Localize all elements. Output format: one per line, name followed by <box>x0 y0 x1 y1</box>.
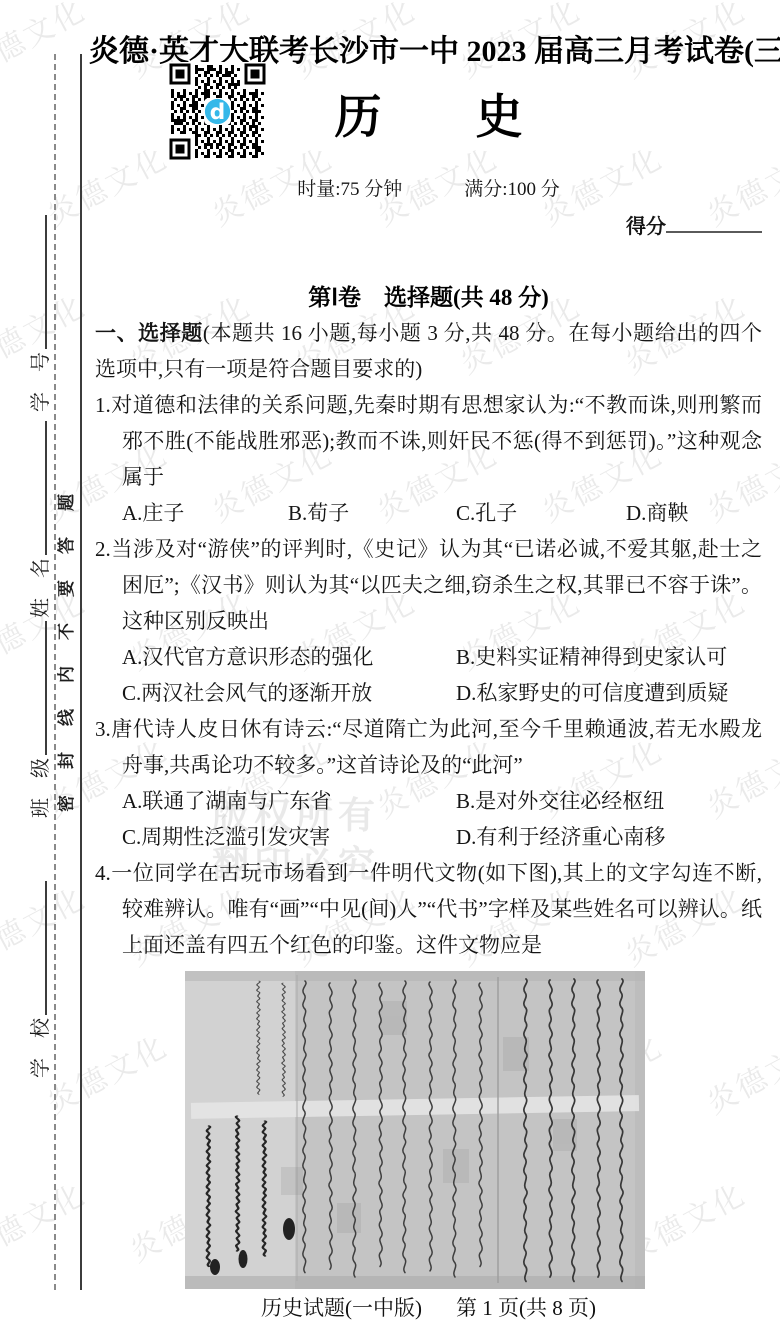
question-4-text: 一位同学在古玩市场看到一件明代文物(如下图),其上的文字勾连不断,较难辨认。唯有… <box>111 861 762 957</box>
school-label: 学 校 <box>30 1018 52 1078</box>
student-id-blank <box>40 215 47 349</box>
brand-watermark: 炎德文化 <box>0 1170 93 1271</box>
option-3A: A.联通了湖南与广东省 <box>122 783 456 819</box>
question-4-number: 4. <box>95 861 111 885</box>
question-4: 4.一位同学在古玩市场看到一件明代文物(如下图),其上的文字勾连不断,较难辨认。… <box>95 855 762 963</box>
student-name-label: 姓 名 <box>30 558 52 618</box>
content-area: 炎德·英才大联考长沙市一中 2023 届高三月考试卷(三) <box>95 0 762 1344</box>
exam-meta-row: 时量:75 分钟 满分:100 分 <box>95 174 762 201</box>
option-1A: A.庄子 <box>122 495 288 531</box>
class-label: 班 级 <box>30 758 52 818</box>
class-field: 班 级 <box>30 621 52 818</box>
option-1B: B.荀子 <box>288 495 456 531</box>
option-3D: D.有利于经济重心南移 <box>456 819 762 855</box>
question-1-number: 1. <box>95 393 111 417</box>
question-body: 一、选择题(本题共 16 小题,每小题 3 分,共 48 分。在每小题给出的四个… <box>95 315 762 1289</box>
school-blank <box>40 881 47 1015</box>
student-id-label: 学 号 <box>30 352 52 412</box>
student-id-field: 学 号 <box>30 215 52 412</box>
footer-paper-name: 历史试题(一中版) <box>261 1292 422 1322</box>
question-3-text: 唐代诗人皮日休有诗云:“尽道隋亡为此河,至今千里赖通波,若无水殿龙舟事,共禹论功… <box>111 717 762 777</box>
seal-dashed-line <box>54 54 56 1290</box>
question-1: 1.对道德和法律的关系问题,先秦时期有思想家认为:“不教而诛,则刑繁而邪不胜(不… <box>95 387 762 531</box>
option-2A: A.汉代官方意识形态的强化 <box>122 639 456 675</box>
exam-paper-page: 炎德文化炎德文化炎德文化炎德文化炎德文化炎德文化炎德文化炎德文化炎德文化炎德文化… <box>0 0 780 1344</box>
question-2-stem: 2.当涉及对“游侠”的评判时,《史记》认为其“已诺必诚,不爱其躯,赴士之困厄”;… <box>95 531 762 639</box>
page-footer: 历史试题(一中版) 第 1 页(共 8 页) <box>95 1292 762 1322</box>
question-2-number: 2. <box>95 537 111 561</box>
instructions-lead: 一、选择题 <box>95 321 203 345</box>
student-name-blank <box>40 421 47 555</box>
artifact-photo-image <box>185 971 645 1289</box>
score-label: 得分 <box>626 216 666 238</box>
brand-watermark: 炎德文化 <box>0 0 93 86</box>
footer-page-indicator: 第 1 页(共 8 页) <box>456 1292 596 1322</box>
class-blank <box>40 621 47 755</box>
option-2C: C.两汉社会风气的逐渐开放 <box>122 675 456 711</box>
question-2-options: A.汉代官方意识形态的强化 B.史料实证精神得到史家认可 C.两汉社会风气的逐渐… <box>95 639 762 711</box>
option-3C: C.周期性泛滥引发灾害 <box>122 819 456 855</box>
student-name-field: 姓 名 <box>30 421 52 618</box>
question-1-options: A.庄子 B.荀子 C.孔子 D.商鞅 <box>95 495 762 531</box>
section-instructions: 一、选择题(本题共 16 小题,每小题 3 分,共 48 分。在每小题给出的四个… <box>95 315 762 387</box>
score-blank-line <box>666 212 762 233</box>
question-2-text: 当涉及对“游侠”的评判时,《史记》认为其“已诺必诚,不爱其躯,赴士之困厄”;《汉… <box>111 537 762 633</box>
school-field: 学 校 <box>30 881 52 1078</box>
question-1-text: 对道德和法律的关系问题,先秦时期有思想家认为:“不教而诛,则刑繁而邪不胜(不能战… <box>111 393 762 489</box>
option-1C: C.孔子 <box>456 495 626 531</box>
option-3B: B.是对外交往必经枢纽 <box>456 783 762 819</box>
full-score-label: 满分:100 分 <box>464 174 560 201</box>
seal-line-text: 密封线内不要答题 <box>57 468 77 812</box>
artifact-photo <box>185 971 645 1289</box>
question-3-stem: 3.唐代诗人皮日休有诗云:“尽道隋亡为此河,至今千里赖通波,若无水殿龙舟事,共禹… <box>95 711 762 783</box>
score-row: 得分 <box>626 210 762 239</box>
option-2B: B.史料实证精神得到史家认可 <box>456 639 762 675</box>
question-3-options: A.联通了湖南与广东省 B.是对外交往必经枢纽 C.周期性泛滥引发灾害 D.有利… <box>95 783 762 855</box>
page-border-line <box>80 54 82 1290</box>
section-heading: 第Ⅰ卷 选择题(共 48 分) <box>95 279 762 312</box>
question-3: 3.唐代诗人皮日休有诗云:“尽道隋亡为此河,至今千里赖通波,若无水殿龙舟事,共禹… <box>95 711 762 855</box>
option-1D: D.商鞅 <box>626 495 762 531</box>
question-4-stem: 4.一位同学在古玩市场看到一件明代文物(如下图),其上的文字勾连不断,较难辨认。… <box>95 855 762 963</box>
subject-title: 历 史 <box>95 80 762 147</box>
duration-label: 时量:75 分钟 <box>297 174 402 201</box>
option-2D: D.私家野史的可信度遭到质疑 <box>456 675 762 711</box>
question-3-number: 3. <box>95 717 111 741</box>
question-1-stem: 1.对道德和法律的关系问题,先秦时期有思想家认为:“不教而诛,则刑繁而邪不胜(不… <box>95 387 762 495</box>
question-2: 2.当涉及对“游侠”的评判时,《史记》认为其“已诺必诚,不爱其躯,赴士之困厄”;… <box>95 531 762 711</box>
